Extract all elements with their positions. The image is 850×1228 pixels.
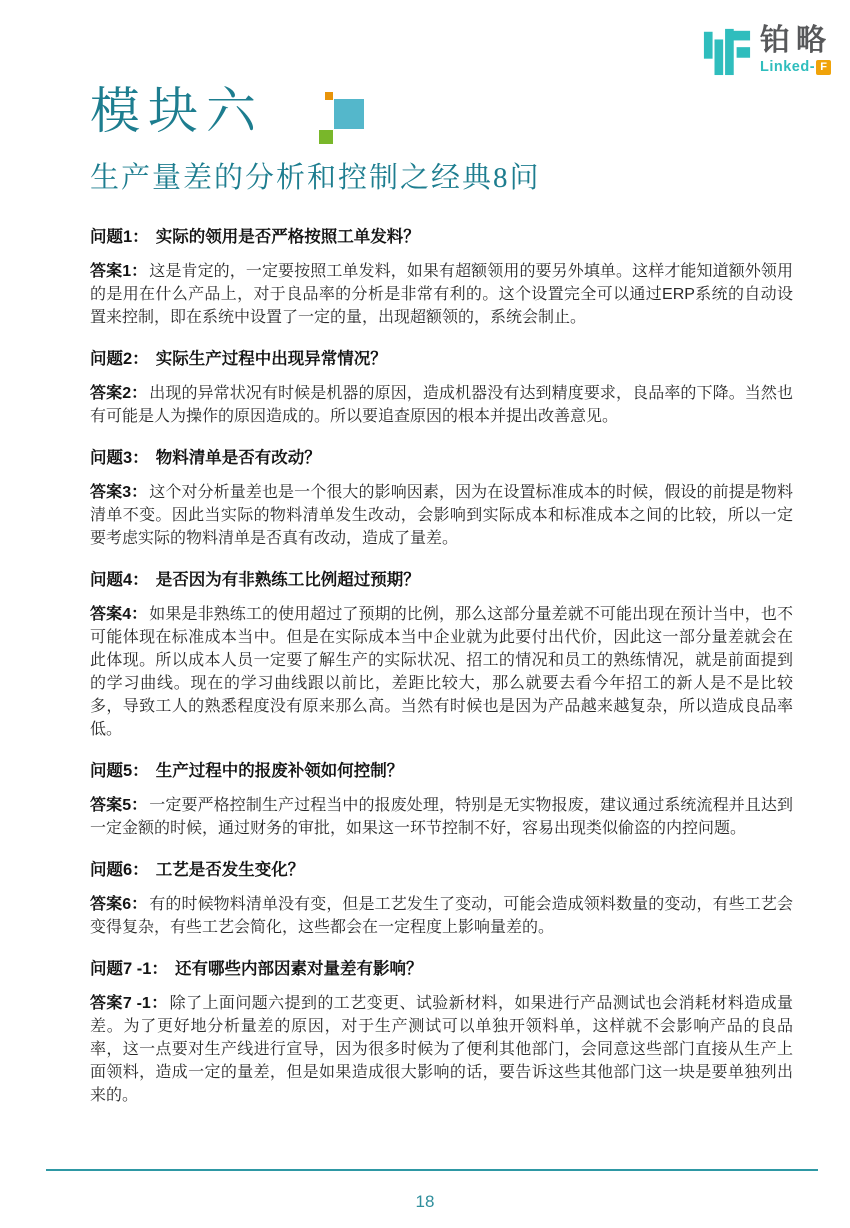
question-label: 问题7 -1： xyxy=(90,960,168,978)
answer-text: 有的时候物料清单没有变，但是工艺发生了变动，可能会造成领料数量的变动，有些工艺会… xyxy=(90,896,793,936)
decor-square-teal xyxy=(334,99,364,129)
question-line: 问题1：实际的领用是否严格按照工单发料？ xyxy=(90,226,793,249)
answer-label: 答案2： xyxy=(90,385,147,402)
page-subtitle: 生产量差的分析和控制之经典8问 xyxy=(90,155,541,196)
answer-paragraph: 答案2：出现的异常状况有时候是机器的原因，造成机器没有达到精度要求，良品率的下降… xyxy=(90,382,793,428)
question-label: 问题4： xyxy=(90,571,149,589)
question-line: 问题3：物料清单是否有改动？ xyxy=(90,447,793,470)
answer-label: 答案3： xyxy=(90,484,147,501)
question-text: 物料清单是否有改动？ xyxy=(156,449,321,467)
document-page: 铂略 Linked- F 模块六 生产量差的分析和控制之经典8问 问题1：实际的… xyxy=(0,0,850,1228)
brand-name-cn: 铂略 xyxy=(760,26,832,56)
qa-block: 问题4：是否因为有非熟练工比例超过预期？ 答案4：如果是非熟练工的使用超过了预期… xyxy=(90,569,793,741)
qa-block: 问题6：工艺是否发生变化？ 答案6：有的时候物料清单没有变，但是工艺发生了变动，… xyxy=(90,859,793,939)
brand-f-badge: F xyxy=(816,60,831,75)
page-number: 18 xyxy=(0,1192,850,1212)
page-title: 模块六 xyxy=(90,83,264,141)
answer-paragraph: 答案1：这是肯定的，一定要按照工单发料，如果有超额领用的要另外填单。这样才能知道… xyxy=(90,260,793,329)
footer-divider-line xyxy=(46,1169,818,1171)
question-text: 还有哪些内部因素对量差有影响？ xyxy=(175,960,423,978)
answer-text: 除了上面问题六提到的工艺变更、试验新材料，如果进行产品测试也会消耗材料造成量差。… xyxy=(90,995,793,1104)
qa-list: 问题1：实际的领用是否严格按照工单发料？ 答案1：这是肯定的，一定要按照工单发料… xyxy=(90,207,793,1107)
answer-text: 这是肯定的，一定要按照工单发料，如果有超额领用的要另外填单。这样才能知道额外领用… xyxy=(90,263,793,326)
brand-text: 铂略 Linked- F xyxy=(760,26,832,75)
decor-square-orange xyxy=(325,92,333,100)
answer-paragraph: 答案4：如果是非熟练工的使用超过了预期的比例，那么这部分量差就不可能出现在预计当… xyxy=(90,603,793,741)
answer-label: 答案6： xyxy=(90,896,147,913)
question-label: 问题3： xyxy=(90,449,149,467)
question-text: 实际生产过程中出现异常情况？ xyxy=(156,350,387,368)
brand-logo: 铂略 Linked- F xyxy=(702,26,832,76)
answer-label: 答案4： xyxy=(90,606,147,623)
qa-block: 问题2：实际生产过程中出现异常情况？ 答案2：出现的异常状况有时候是机器的原因，… xyxy=(90,348,793,428)
answer-paragraph: 答案6：有的时候物料清单没有变，但是工艺发生了变动，可能会造成领料数量的变动，有… xyxy=(90,893,793,939)
answer-paragraph: 答案5：一定要严格控制生产过程当中的报废处理，特别是无实物报废，建议通过系统流程… xyxy=(90,794,793,840)
answer-paragraph: 答案7 -1：除了上面问题六提到的工艺变更、试验新材料，如果进行产品测试也会消耗… xyxy=(90,992,793,1107)
answer-text: 如果是非熟练工的使用超过了预期的比例，那么这部分量差就不可能出现在预计当中，也不… xyxy=(90,606,793,738)
qa-block: 问题1：实际的领用是否严格按照工单发料？ 答案1：这是肯定的，一定要按照工单发料… xyxy=(90,226,793,329)
brand-name-en: Linked- xyxy=(760,59,815,75)
question-line: 问题7 -1：还有哪些内部因素对量差有影响？ xyxy=(90,958,793,981)
qa-block: 问题3：物料清单是否有改动？ 答案3：这个对分析量差也是一个很大的影响因素，因为… xyxy=(90,447,793,550)
question-line: 问题2：实际生产过程中出现异常情况？ xyxy=(90,348,793,371)
question-line: 问题6：工艺是否发生变化？ xyxy=(90,859,793,882)
question-label: 问题2： xyxy=(90,350,149,368)
answer-paragraph: 答案3：这个对分析量差也是一个很大的影响因素，因为在设置标准成本的时候，假设的前… xyxy=(90,481,793,550)
qa-block: 问题5：生产过程中的报废补领如何控制？ 答案5：一定要严格控制生产过程当中的报废… xyxy=(90,760,793,840)
question-label: 问题6： xyxy=(90,861,149,879)
answer-text: 这个对分析量差也是一个很大的影响因素，因为在设置标准成本的时候，假设的前提是物料… xyxy=(90,484,793,547)
brand-name-en-row: Linked- F xyxy=(760,59,831,75)
answer-label: 答案7 -1： xyxy=(90,995,168,1012)
question-line: 问题4：是否因为有非熟练工比例超过预期？ xyxy=(90,569,793,592)
question-line: 问题5：生产过程中的报废补领如何控制？ xyxy=(90,760,793,783)
qa-block: 问题7 -1：还有哪些内部因素对量差有影响？ 答案7 -1：除了上面问题六提到的… xyxy=(90,958,793,1107)
question-text: 是否因为有非熟练工比例超过预期？ xyxy=(156,571,420,589)
decor-square-green xyxy=(319,130,333,144)
linked-f-logo-icon xyxy=(702,26,752,76)
question-label: 问题5： xyxy=(90,762,149,780)
question-label: 问题1： xyxy=(90,228,149,246)
answer-text: 一定要严格控制生产过程当中的报废处理，特别是无实物报废，建议通过系统流程并且达到… xyxy=(90,797,793,837)
answer-label: 答案5： xyxy=(90,797,147,814)
question-text: 工艺是否发生变化？ xyxy=(156,861,305,879)
question-text: 实际的领用是否严格按照工单发料？ xyxy=(156,228,420,246)
answer-text: 出现的异常状况有时候是机器的原因，造成机器没有达到精度要求，良品率的下降。当然也… xyxy=(90,385,793,425)
question-text: 生产过程中的报废补领如何控制？ xyxy=(156,762,404,780)
answer-label: 答案1： xyxy=(90,263,147,280)
